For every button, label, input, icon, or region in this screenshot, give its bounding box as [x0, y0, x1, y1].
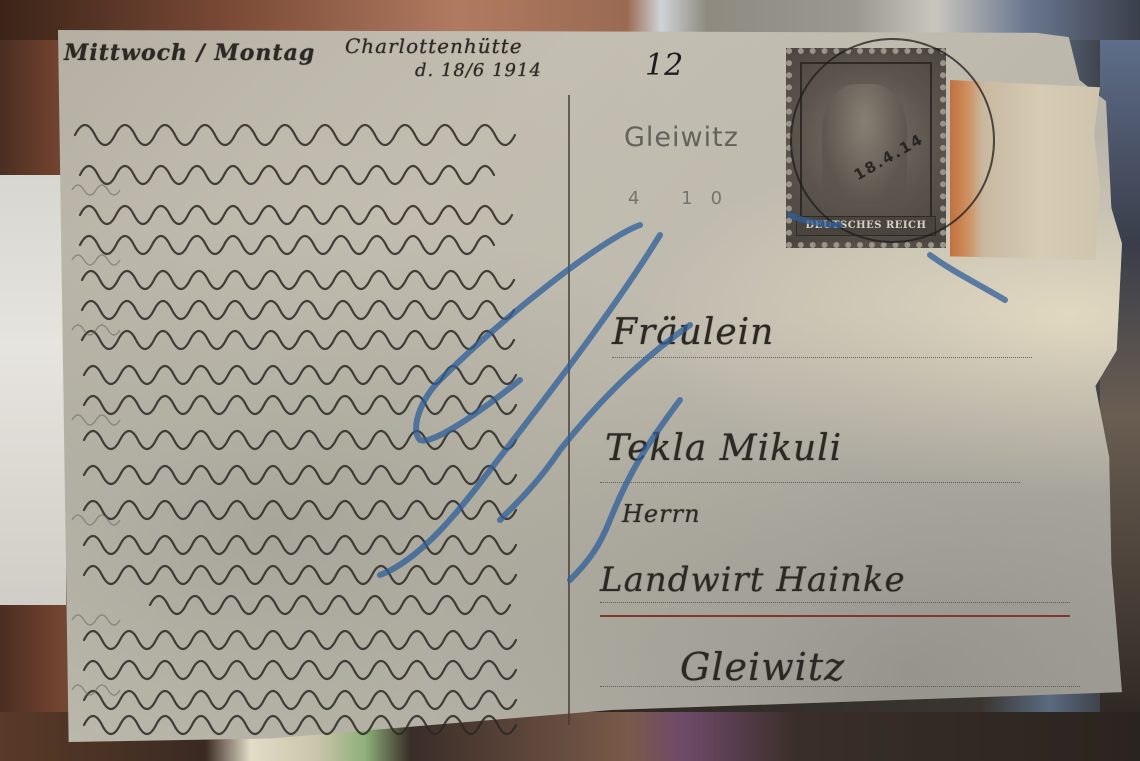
postmark-date: 18.4.14	[851, 130, 927, 184]
message-header-left: Mittwoch / Montag	[64, 40, 315, 66]
address-host-name: Landwirt Hainke	[600, 560, 906, 600]
cancellation-date: 4 10	[628, 188, 740, 209]
address-care-of: Herrn	[622, 500, 701, 528]
message-header-place: Charlottenhütte	[345, 34, 523, 58]
circular-postmark: 18.4.14	[790, 38, 995, 243]
address-salutation: Fräulein	[612, 312, 774, 353]
message-date: d. 18/6 1914	[415, 60, 542, 81]
address-underline-red	[600, 615, 1070, 617]
background-left-reflection	[0, 175, 66, 605]
postcard-center-divider	[568, 95, 570, 725]
gleiwitz-cancellation-stamp: Gleiwitz	[624, 122, 739, 153]
address-line-3	[600, 602, 1070, 603]
address-city: Gleiwitz	[680, 645, 845, 689]
address-recipient-name: Tekla Mikuli	[605, 428, 842, 469]
card-number: 12	[645, 48, 683, 83]
address-line-1	[612, 357, 1032, 358]
address-line-2	[600, 482, 1020, 483]
